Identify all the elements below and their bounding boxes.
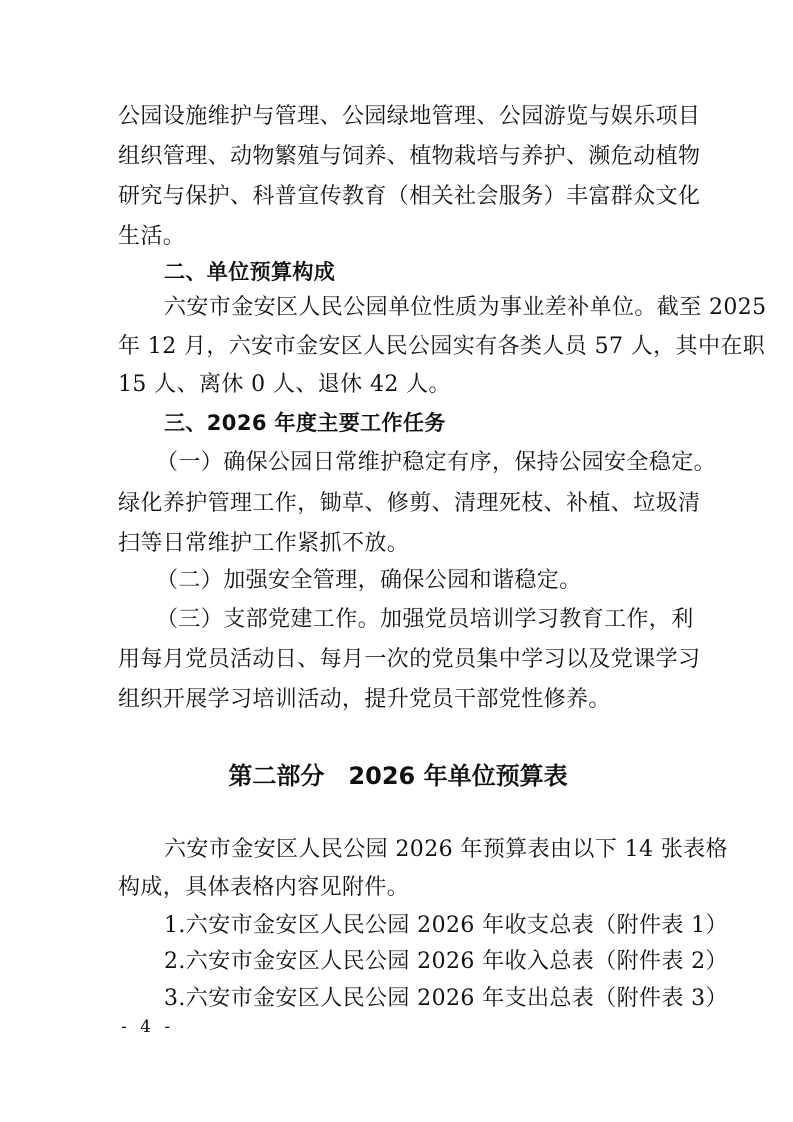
section2-line: 15 人、离休 0 人、退休 42 人。 — [118, 371, 678, 399]
intro-line: 组织管理、动物繁殖与饲养、植物栽培与养护、濒危动植物 — [118, 143, 678, 171]
section-heading-main-tasks: 三、2026 年度主要工作任务 — [118, 409, 724, 437]
page-number: - 4 - — [121, 1017, 174, 1037]
task-item-2-line: （二）加强安全管理，确保公园和谐稳定。 — [118, 567, 716, 595]
section2-line: 六安市金安区人民公园单位性质为事业差补单位。截至 2025 — [118, 294, 724, 322]
task-item-3-line: 用每月党员活动日、每月一次的党员集中学习以及党课学习 — [118, 646, 678, 674]
table-list-item: 1.六安市金安区人民公园 2026 年收支总表（附件表 1） — [118, 912, 724, 940]
table-list-item: 3.六安市金安区人民公园 2026 年支出总表（附件表 3） — [118, 985, 724, 1013]
section2-line: 年 12 月，六安市金安区人民公园实有各类人员 57 人，其中在职 — [118, 333, 678, 361]
task-item-3-line: 组织开展学习培训活动，提升党员干部党性修养。 — [118, 686, 678, 714]
table-list-item: 2.六安市金安区人民公园 2026 年收入总表（附件表 2） — [118, 948, 724, 976]
task-item-3-line: （三）支部党建工作。加强党员培训学习教育工作，利 — [118, 606, 716, 634]
part-title: 第二部分 2026 年单位预算表 — [118, 756, 678, 791]
intro-line: 公园设施维护与管理、公园绿地管理、公园游览与娱乐项目 — [118, 103, 678, 131]
intro-line: 生活。 — [118, 223, 678, 251]
section-heading-budget-composition: 二、单位预算构成 — [118, 258, 724, 286]
part2-intro-line: 六安市金安区人民公园 2026 年预算表由以下 14 张表格 — [118, 836, 724, 864]
task-item-1-line: 绿化养护管理工作，锄草、修剪、清理死枝、补植、垃圾清 — [118, 490, 678, 518]
part2-intro-line: 构成，具体表格内容见附件。 — [118, 874, 678, 902]
task-item-1-line: 扫等日常维护工作紧抓不放。 — [118, 530, 678, 558]
task-item-1-line: （一）确保公园日常维护稳定有序，保持公园安全稳定。 — [118, 449, 716, 477]
intro-line: 研究与保护、科普宣传教育（相关社会服务）丰富群众文化 — [118, 183, 678, 211]
